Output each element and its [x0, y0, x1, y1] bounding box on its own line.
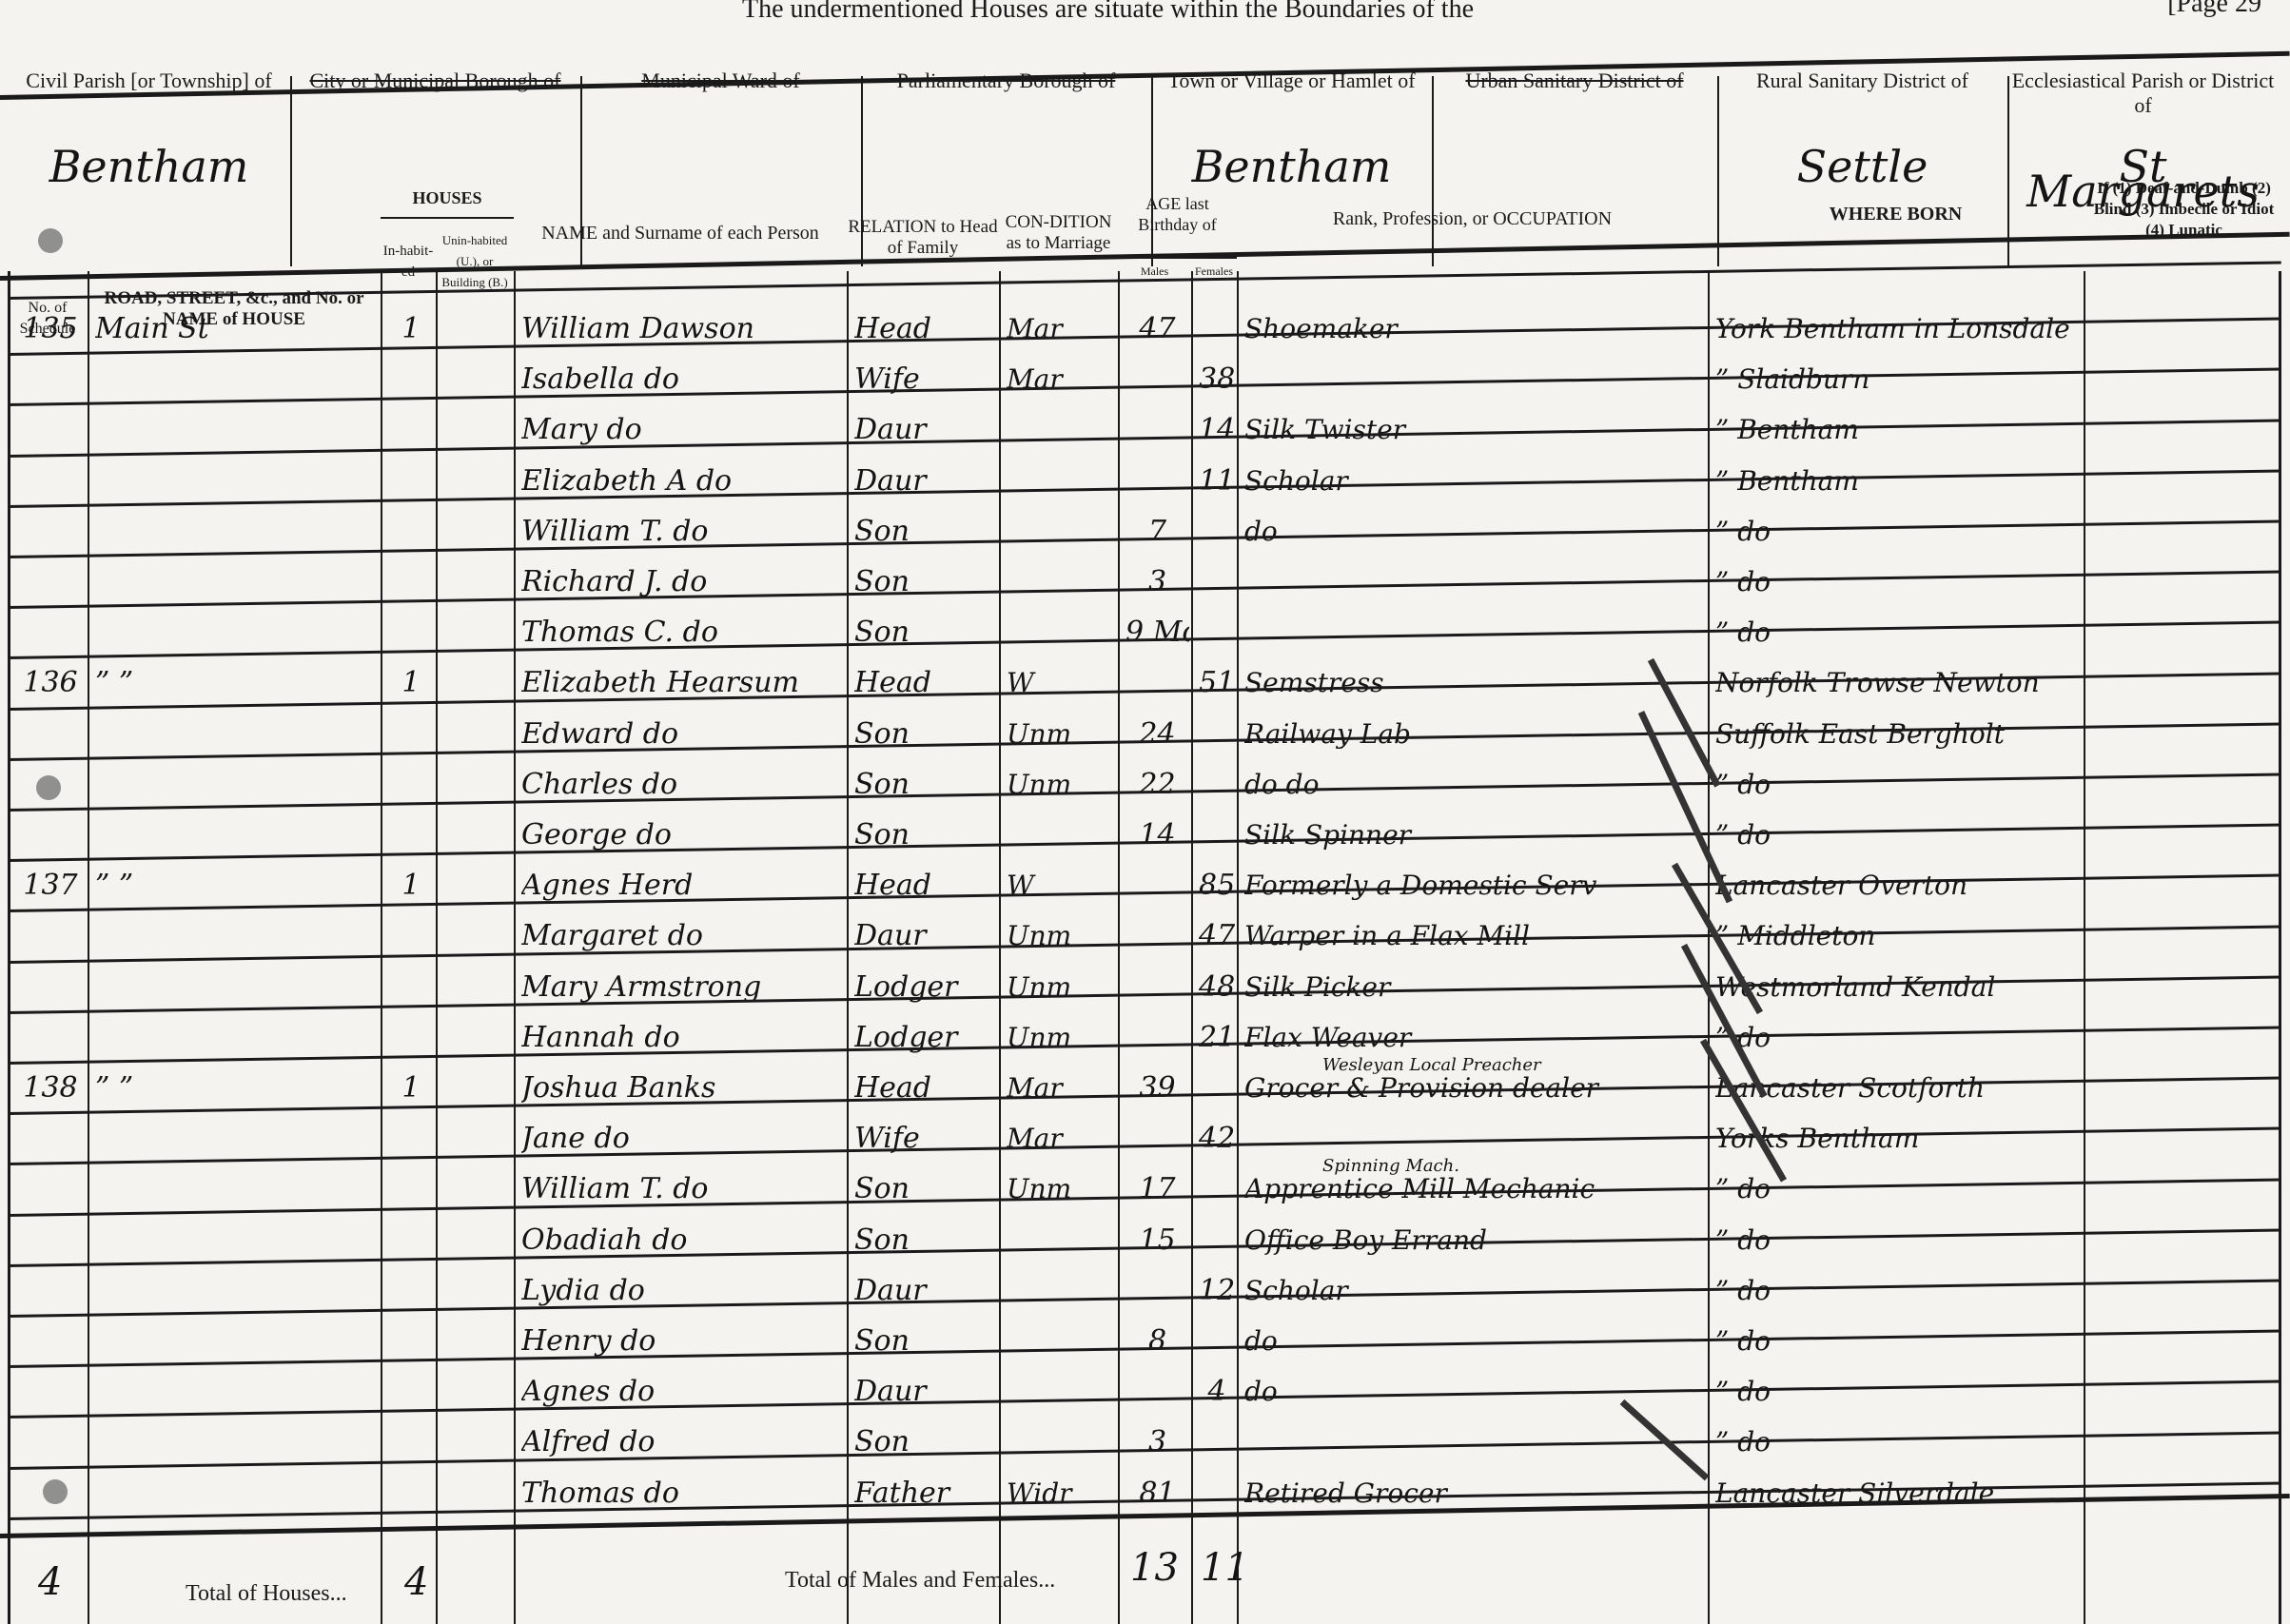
- female-age: 47: [1199, 917, 1235, 955]
- male-age: 3: [1125, 1423, 1189, 1461]
- column-divider: [436, 271, 438, 1624]
- birthplace: Westmorland Kendal: [1715, 969, 2082, 1007]
- boundary-label: Civil Parish [or Township] of: [8, 68, 290, 93]
- road-name: ” ”: [95, 867, 379, 905]
- birthplace: Suffolk East Bergholt: [1715, 715, 2082, 753]
- relation-to-head: Son: [854, 614, 997, 652]
- column-divider: [381, 271, 382, 1624]
- column-header-occupation: Rank, Profession, or OCCUPATION: [1237, 181, 1708, 257]
- male-age: 81: [1125, 1475, 1189, 1513]
- boundary-label: Parliamentary Borough of: [861, 68, 1151, 93]
- birthplace: ” do: [1715, 766, 2082, 804]
- ink-blot: [38, 228, 63, 253]
- birthplace: ” Bentham: [1715, 462, 2082, 500]
- male-age: 7: [1125, 513, 1189, 551]
- male-age: 24: [1125, 715, 1189, 753]
- female-age: 38: [1199, 361, 1235, 399]
- inhabited-count: 1: [388, 1069, 434, 1107]
- total-houses-label: Total of Houses...: [186, 1581, 347, 1607]
- road-name: ” ”: [95, 1069, 379, 1107]
- schedule-number: 137: [15, 867, 86, 905]
- marital-condition: Unm: [1007, 917, 1116, 955]
- boundary-label: City or Municipal Borough of: [290, 68, 580, 93]
- birthplace: ” do: [1715, 1170, 2082, 1208]
- female-age: 51: [1199, 664, 1235, 702]
- column-header-houses: HOUSES: [381, 179, 514, 217]
- road-name: Main St: [95, 310, 379, 348]
- birthplace: ” do: [1715, 816, 2082, 854]
- form-title: The undermentioned Houses are situate wi…: [742, 0, 1474, 25]
- road-name: ” ”: [95, 664, 379, 702]
- birthplace: York Bentham in Lonsdale: [1715, 310, 2082, 348]
- male-age: 22: [1125, 766, 1189, 804]
- female-age: 4: [1199, 1373, 1235, 1411]
- total-females-value: 11: [1201, 1546, 1249, 1590]
- column-divider: [1237, 271, 1239, 1624]
- marital-condition: Unm: [1007, 1170, 1116, 1208]
- boundary-label: Urban Sanitary District of: [1432, 68, 1717, 93]
- schedule-number: 135: [15, 310, 86, 348]
- birthplace: ” do: [1715, 1222, 2082, 1260]
- column-divider: [1118, 271, 1120, 1624]
- relation-to-head: Son: [854, 816, 997, 854]
- inhabited-count: 1: [388, 664, 434, 702]
- marital-condition: Widr: [1007, 1475, 1116, 1513]
- birthplace: ” do: [1715, 1322, 2082, 1360]
- birthplace: ” do: [1715, 1272, 2082, 1310]
- relation-to-head: Lodger: [854, 1019, 997, 1057]
- relation-to-head: Son: [854, 513, 997, 551]
- column-divider: [514, 271, 516, 1624]
- female-age: 85: [1199, 867, 1235, 905]
- female-age: 14: [1199, 411, 1235, 449]
- schedule-number: 138: [15, 1069, 86, 1107]
- relation-to-head: Wife: [854, 361, 997, 399]
- male-age: 9 Mo: [1125, 614, 1189, 652]
- column-divider: [1708, 271, 1710, 1624]
- boundary-label: Municipal Ward of: [580, 68, 861, 93]
- marital-condition: Unm: [1007, 969, 1116, 1007]
- page-number: [Page 29: [2167, 0, 2261, 19]
- birthplace: ” do: [1715, 563, 2082, 601]
- boundary-label: Ecclesiastical Parish or District of: [2007, 68, 2279, 118]
- female-age: 48: [1199, 969, 1235, 1007]
- marital-condition: W: [1007, 867, 1116, 905]
- relation-to-head: Daur: [854, 1373, 997, 1411]
- birthplace: ” do: [1715, 1373, 2082, 1411]
- column-divider: [1191, 271, 1193, 1624]
- relation-to-head: Head: [854, 867, 997, 905]
- male-age: 8: [1125, 1322, 1189, 1360]
- marital-condition: Unm: [1007, 715, 1116, 753]
- column-header-name: NAME and Surname of each Person: [514, 181, 847, 285]
- male-age: 14: [1125, 816, 1189, 854]
- ink-blot: [36, 775, 61, 800]
- birthplace: ” Slaidburn: [1715, 361, 2082, 399]
- male-age: 15: [1125, 1222, 1189, 1260]
- occupation-annotation: Spinning Mach.: [1322, 1147, 1459, 1185]
- relation-to-head: Son: [854, 563, 997, 601]
- boundary-label: Town or Village or Hamlet of: [1151, 68, 1432, 93]
- birthplace: ” Middleton: [1715, 917, 2082, 955]
- male-age: 3: [1125, 563, 1189, 601]
- total-males-value: 13: [1130, 1546, 1179, 1590]
- column-divider: [2279, 271, 2281, 1624]
- column-header-relation: RELATION to Head of Family: [847, 181, 999, 295]
- column-header-infirmity: If (1) Deaf-and-Dumb (2) Blind (3) Imbec…: [2089, 152, 2279, 266]
- male-age: 47: [1125, 310, 1189, 348]
- ink-blot: [43, 1479, 68, 1504]
- female-age: 21: [1199, 1019, 1235, 1057]
- birthplace: ” do: [1715, 614, 2082, 652]
- female-age: 11: [1199, 462, 1235, 500]
- inhabited-count: 1: [388, 310, 434, 348]
- marital-condition: W: [1007, 664, 1116, 702]
- column-header-condition: CON-DITION as to Marriage: [999, 171, 1118, 295]
- relation-to-head: Son: [854, 1322, 997, 1360]
- boundary-value: Settle: [1717, 154, 2007, 179]
- total-houses-value: 4: [404, 1560, 428, 1604]
- birthplace: ” do: [1715, 513, 2082, 551]
- houses-subrule: [381, 217, 514, 219]
- relation-to-head: Head: [854, 1069, 997, 1107]
- column-header-road: ROAD, STREET, &c., and No. or NAME of HO…: [88, 200, 381, 419]
- column-header-age: AGE last Birthday of: [1118, 171, 1237, 257]
- marital-condition: Unm: [1007, 1019, 1116, 1057]
- male-age: 17: [1125, 1170, 1189, 1208]
- inhabited-count: 1: [388, 867, 434, 905]
- schedule-number: 136: [15, 664, 86, 702]
- relation-to-head: Head: [854, 310, 997, 348]
- marital-condition: Mar: [1007, 1120, 1116, 1158]
- birthplace: Norfolk Trowse Newton: [1715, 664, 2082, 702]
- boundary-label: Rural Sanitary District of: [1717, 68, 2007, 93]
- female-age: 12: [1199, 1272, 1235, 1310]
- relation-to-head: Daur: [854, 1272, 997, 1310]
- marital-condition: Mar: [1007, 361, 1116, 399]
- birthplace: ” do: [1715, 1019, 2082, 1057]
- column-header-where-born: WHERE BORN: [1708, 181, 2084, 247]
- relation-to-head: Wife: [854, 1120, 997, 1158]
- marital-condition: Unm: [1007, 766, 1116, 804]
- column-divider: [88, 271, 89, 1624]
- total-persons-label: Total of Males and Females...: [785, 1568, 1055, 1594]
- marital-condition: Mar: [1007, 310, 1116, 348]
- birthplace: Lancaster Overton: [1715, 867, 2082, 905]
- marital-condition: Mar: [1007, 1069, 1116, 1107]
- birthplace: ” Bentham: [1715, 411, 2082, 449]
- total-schedules: 4: [38, 1560, 62, 1604]
- column-divider: [8, 271, 10, 1624]
- male-age: 39: [1125, 1069, 1189, 1107]
- birthplace: ” do: [1715, 1423, 2082, 1461]
- age-subrule: [1118, 257, 1237, 259]
- occupation-annotation: Wesleyan Local Preacher: [1322, 1047, 1541, 1085]
- birthplace: Lancaster Scotforth: [1715, 1069, 2082, 1107]
- relation-to-head: Son: [854, 766, 997, 804]
- female-age: 42: [1199, 1120, 1235, 1158]
- column-header-females: Females: [1191, 257, 1237, 285]
- boundary-value: Bentham: [8, 154, 290, 179]
